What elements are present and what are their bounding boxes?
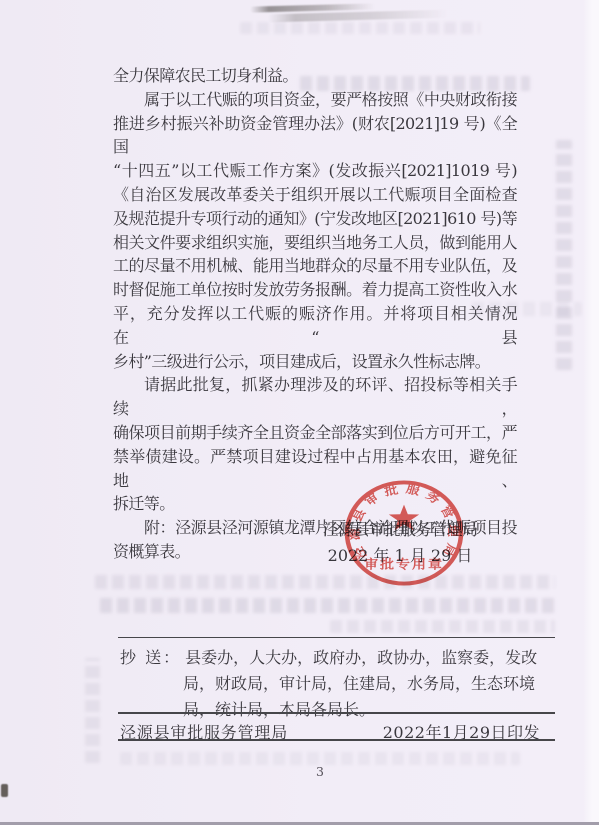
- body-line: 《自治区发展改革委关于组织开展以工代赈项目全面检查: [113, 183, 517, 207]
- cc-recipients: 县委办，人大办，政府办，政协办，监察委，发改: [185, 648, 537, 667]
- page-number: 3: [306, 764, 334, 779]
- body-line: 平，充分发挥以工代赈的赈济作用。并将项目相关情况在“县: [113, 302, 517, 350]
- star-icon: [389, 505, 419, 531]
- footer-divider: [118, 637, 555, 638]
- bleed-through-mark: [95, 575, 555, 589]
- scanner-smudge: [268, 10, 448, 23]
- cc-line: 局，财政局，审计局，住建局，水务局，生态环境: [183, 671, 535, 694]
- seal-label: 审批专用章: [364, 556, 444, 572]
- body-line: 乡村”三级进行公示，项目建成后，设置永久性标志牌。: [113, 350, 517, 374]
- bleed-through-mark: [85, 658, 100, 763]
- cc-label: 抄 送：: [120, 648, 181, 667]
- scan-speck: [1, 784, 8, 797]
- body-line: 及规范提升专项行动的通知》(宁发改地区[2021]610 号)等: [113, 207, 517, 231]
- bleed-through-mark: [330, 620, 555, 633]
- body-line: 请据此批复，抓紧办理涉及的环评、招投标等相关手续，: [113, 373, 517, 421]
- body-line: “十四五”以工代赈工作方案》(发改振兴[2021]1019 号): [113, 159, 517, 183]
- footer-divider: [118, 739, 555, 741]
- body-line: 相关文件要求组织实施，要组织当地务工人员，做到能用人: [113, 231, 517, 255]
- body-line: 工的尽量不用机械、能用当地群众的尽量不用专业队伍，及: [113, 254, 517, 278]
- body-line: 时督促施工单位按时发放劳务报酬。着力提高工资性收入水: [113, 278, 517, 302]
- bleed-through-mark: [556, 140, 572, 370]
- cc-line: 抄 送：县委办，人大办，政府办，政协办，监察委，发改: [120, 645, 537, 668]
- body-line: 推进乡村振兴补助资金管理办法》(财农[2021]19 号)《全国: [113, 112, 517, 160]
- cc-line: 局，统计局，本局各局长。: [183, 697, 375, 720]
- scanned-document-page: 全力保障农民工切身利益。 属于以工代赈的项目资金，要严格按照《中央财政衔接 推进…: [0, 0, 599, 825]
- bleed-through-mark: [240, 22, 480, 34]
- footer-divider: [118, 712, 555, 714]
- paper-edge-highlight: [583, 0, 599, 822]
- bleed-through-mark: [100, 598, 555, 613]
- body-line: 属于以工代赈的项目资金，要严格按照《中央财政衔接: [113, 88, 517, 112]
- official-seal-stamp: 泾源县审批服务管理局 审批专用章: [342, 478, 466, 588]
- body-line: 全力保障农民工切身利益。: [113, 64, 517, 88]
- body-line: 确保项目前期手续齐全且资金全部落实到位后方可开工，严: [113, 421, 517, 445]
